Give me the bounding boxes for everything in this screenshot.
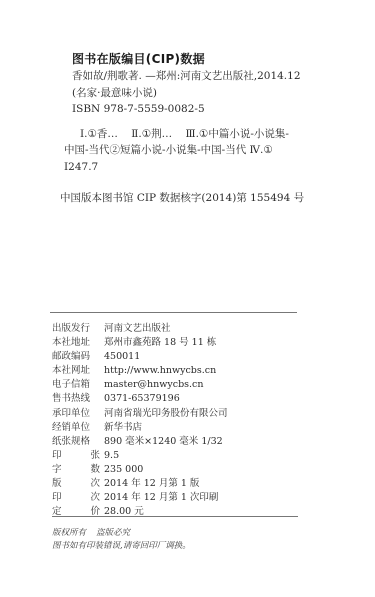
replacement-notice: 图书如有印装错误,请寄回印厂调换。 (52, 540, 191, 553)
pub-row-publisher: 出版发行 河南文艺出版社 (52, 322, 228, 336)
pub-row-paper-size: 纸张规格 890 毫米×1240 毫米 1/32 (52, 435, 228, 449)
cip-subject-line-2: 中国-当代②短篇小说-小说集-中国-当代 Ⅳ.① (64, 142, 372, 159)
pub-label: 出版发行 (52, 322, 100, 336)
cip-isbn: ISBN 978-7-5559-0082-5 (72, 101, 372, 118)
pub-row-distributor: 经销单位 新华书店 (52, 421, 228, 435)
cip-approval-number: 中国版本图书馆 CIP 数据核字(2014)第 155494 号 (60, 190, 304, 205)
divider-bottom (52, 516, 298, 517)
pub-label: 售书热线 (52, 392, 100, 406)
pub-label: 纸张规格 (52, 435, 100, 449)
pub-value: 河南省瑞光印务股份有限公司 (104, 407, 228, 421)
pub-row-hotline: 售书热线 0371-65379196 (52, 392, 228, 406)
pub-value: 0371-65379196 (104, 392, 180, 406)
pub-value: 新华书店 (104, 421, 142, 435)
pub-label: 本社地址 (52, 336, 100, 350)
pub-row-edition: 版 次 2014 年 12 月第 1 版 (52, 477, 228, 491)
pub-value: 235 000 (104, 463, 143, 477)
pub-row-postcode: 邮政编码 450011 (52, 350, 228, 364)
pub-row-printer: 承印单位 河南省瑞光印务股份有限公司 (52, 407, 228, 421)
pub-label: 版 次 (52, 477, 100, 491)
pub-label: 定 价 (52, 505, 100, 519)
pub-row-address: 本社地址 郑州市鑫苑路 18 号 11 栋 (52, 336, 228, 350)
pub-row-website: 本社网址 http://www.hnwycbs.cn (52, 364, 228, 378)
pub-value: 2014 年 12 月第 1 次印刷 (104, 491, 218, 505)
publication-info: 出版发行 河南文艺出版社 本社地址 郑州市鑫苑路 18 号 11 栋 邮政编码 … (52, 322, 228, 519)
cip-title-author-imprint: 香如故/荆歌著. —郑州:河南文艺出版社,2014.12 (72, 68, 372, 85)
pub-row-word-count: 字 数 235 000 (52, 463, 228, 477)
pub-value: 河南文艺出版社 (104, 322, 171, 336)
pub-value-price: 28.00 元 (104, 505, 144, 519)
cip-classification: I247.7 (64, 159, 372, 176)
divider-top (50, 312, 297, 313)
rights-reserved-line: 版权所有盗版必究 (52, 527, 191, 540)
pub-label: 字 数 (52, 463, 100, 477)
cip-subject-line-1: Ⅰ.①香… Ⅱ.①荆… Ⅲ.①中篇小说-小说集- (80, 126, 372, 143)
cip-record: 香如故/荆歌著. —郑州:河南文艺出版社,2014.12 (名家·最意味小说) … (72, 68, 372, 175)
cip-title: 图书在版编目(CIP)数据 (72, 50, 205, 67)
pub-label: 邮政编码 (52, 350, 100, 364)
pub-value: 2014 年 12 月第 1 版 (104, 477, 199, 491)
cip-series: (名家·最意味小说) (72, 85, 372, 102)
rights-reserved: 版权所有 (52, 528, 86, 538)
copyright-notice: 版权所有盗版必究 图书如有印装错误,请寄回印厂调换。 (52, 527, 191, 553)
pub-value: 890 毫米×1240 毫米 1/32 (104, 435, 223, 449)
pub-value-website: http://www.hnwycbs.cn (104, 364, 216, 378)
pub-row-printing: 印 次 2014 年 12 月第 1 次印刷 (52, 491, 228, 505)
pub-row-price: 定 价 28.00 元 (52, 505, 228, 519)
pub-label: 经销单位 (52, 421, 100, 435)
pub-label: 承印单位 (52, 407, 100, 421)
pub-label: 本社网址 (52, 364, 100, 378)
pub-label: 印 张 (52, 449, 100, 463)
pub-value: 450011 (104, 350, 140, 364)
pub-value-email: master@hnwycbs.cn (104, 378, 204, 392)
pub-value: 9.5 (104, 449, 119, 463)
pub-label: 印 次 (52, 491, 100, 505)
pub-label: 电子信箱 (52, 378, 100, 392)
piracy-warning: 盗版必究 (96, 528, 130, 538)
pub-row-sheets: 印 张 9.5 (52, 449, 228, 463)
pub-value: 郑州市鑫苑路 18 号 11 栋 (104, 336, 216, 350)
pub-row-email: 电子信箱 master@hnwycbs.cn (52, 378, 228, 392)
